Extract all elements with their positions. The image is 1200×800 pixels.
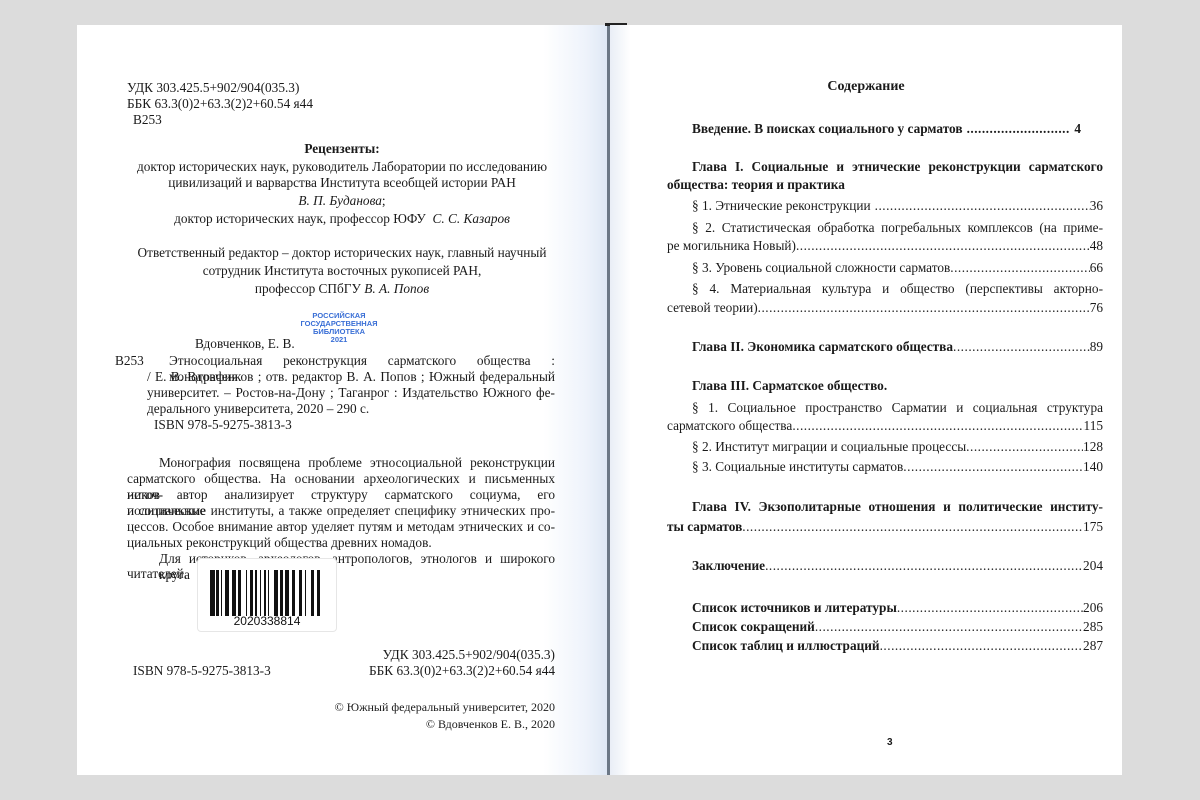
leader-dots [758,300,1090,316]
audience-line2: читателей. [127,566,187,582]
leader-dots [875,198,1090,214]
leader-dots [765,558,1083,574]
toc-page: 36 [1090,198,1103,214]
leader-dots [953,339,1090,355]
barcode-bar [274,570,279,616]
toc-ch3-s3[interactable]: § 3. Социальные институты сарматов140 [692,459,1103,475]
author-mark: В253 [133,112,162,128]
reviewer1-name: В. П. Буданова [298,193,382,208]
copyright-author: © Вдовченков Е. В., 2020 [317,716,555,732]
barcode-bar [225,570,228,616]
toc-page: 175 [1083,519,1103,535]
author-heading: Вдовченков, Е. В. [195,336,295,352]
barcode-bar [232,570,237,616]
page-number: 3 [887,737,893,748]
toc-conclusion[interactable]: Заключение204 [692,558,1103,574]
abstract-line6: циальных реконструкций общества древних … [127,535,432,551]
barcode-bar [246,570,248,616]
copyright-university: © Южный федеральный университет, 2020 [317,699,555,715]
toc-label: § 3. Уровень социальной сложности сармат… [692,260,950,276]
toc-ch3-s1-line1[interactable]: § 1. Социальное пространство Сарматии и … [692,400,1103,416]
toc-page: 287 [1083,638,1103,654]
leader-dots [950,260,1089,276]
toc-page: 89 [1090,339,1103,355]
editor-line1: Ответственный редактор – доктор историче… [77,245,607,261]
barcode-number: 2020338814 [198,614,336,628]
toc-ch1-s1[interactable]: § 1. Этнические реконструкции36 [692,198,1103,214]
toc-page: 115 [1084,418,1103,434]
book-spread: УДК 303.425.5+902/904(035.3) ББК 63.3(0)… [77,25,1122,775]
toc-page: 285 [1083,619,1103,635]
barcode-bar [255,570,257,616]
isbn-bottom: ISBN 978-5-9275-3813-3 [133,663,271,679]
library-stamp: РОССИЙСКАЯ ГОСУДАРСТВЕННАЯ БИБЛИОТЕКА 20… [299,312,379,344]
barcode-bar [250,570,253,616]
toc-intro[interactable]: Введение. В поисках социального у сармат… [692,121,1081,137]
reviewer1-separator: ; [382,193,386,208]
barcode-bar [299,570,302,616]
barcode-bar [268,570,270,616]
toc-label: сетевой теории) [667,300,758,316]
toc-label: § 1. Этнические реконструкции [692,198,871,214]
barcode-bar [216,570,219,616]
leader-dots [742,519,1083,535]
toc-ch1-title-line1[interactable]: Глава I. Социальные и этнические реконст… [692,159,1103,175]
leader-dots [815,619,1083,635]
barcode-bar [221,570,223,616]
editor-line3: профессор СПбГУ В. А. Попов [77,281,607,297]
toc-ch3-s1[interactable]: сарматского общества115 [667,418,1103,434]
editor-title: профессор СПбГУ [255,281,361,296]
reviewer2-text: доктор исторических наук, профессор ЮФУ [174,211,426,226]
reviewer1-line2: цивилизаций и варварства Института всеоб… [77,175,607,191]
leader-dots [967,121,1071,137]
biblio-line2: / Е. В. Вдовченков ; отв. редактор В. А.… [147,369,555,385]
udk-bottom: УДК 303.425.5+902/904(035.3) [357,647,555,663]
toc-label: § 2. Институт миграции и социальные проц… [692,439,966,455]
toc-ch4[interactable]: ты сарматов175 [667,519,1103,535]
toc-label: Введение. В поисках социального у сармат… [692,121,963,137]
toc-ch1-s4[interactable]: сетевой теории)76 [667,300,1103,316]
editor-name: В. А. Попов [364,281,429,296]
reviewer1-name-line: В. П. Буданова; [77,193,607,209]
toc-abbreviations[interactable]: Список сокращений285 [692,619,1103,635]
toc-page: 66 [1090,260,1103,276]
reviewer2-line: доктор исторических наук, профессор ЮФУ … [77,211,607,227]
toc-ch1-s4-line1[interactable]: § 4. Материальная культура и общество (п… [692,281,1103,297]
leader-dots [897,600,1083,616]
barcode-bar [264,570,266,616]
toc-tables[interactable]: Список таблиц и иллюстраций287 [692,638,1103,654]
leader-dots [796,238,1090,254]
toc-ch1-title-line2[interactable]: общества: теория и практика [667,177,845,193]
abstract-line1: Монография посвящена проблеме этносоциал… [159,455,555,471]
reviewer2-name: С. С. Казаров [433,211,510,226]
toc-page: 4 [1074,121,1081,137]
reviewer1-line1: доктор исторических наук, руководитель Л… [77,159,607,175]
toc-page: 76 [1090,300,1103,316]
leader-dots [880,638,1083,654]
abstract-line4: и социальные институты, а также определя… [127,503,555,519]
editor-line2: сотрудник Института восточных рукописей … [77,263,607,279]
barcode-bar [292,570,295,616]
barcode-bar [285,570,290,616]
toc-ch2[interactable]: Глава II. Экономика сарматского общества… [692,339,1103,355]
toc-sources[interactable]: Список источников и литературы206 [692,600,1103,616]
toc-label: ты сарматов [667,519,742,535]
bbk-bottom: ББК 63.3(0)2+63.3(2)2+60.54 я44 [327,663,555,679]
barcode-bar [238,570,241,616]
biblio-line4: дерального университета, 2020 – 290 с. [147,401,369,417]
toc-ch1-s2-line1[interactable]: § 2. Статистическая обработка погребальн… [692,220,1103,236]
toc-label: ре могильника Новый) [667,238,796,254]
reviewers-heading: Рецензенты: [77,141,607,157]
barcode-bar [210,570,215,616]
toc-ch3-s2[interactable]: § 2. Институт миграции и социальные проц… [692,439,1103,455]
barcode-bar [260,570,262,616]
barcode-bar [305,570,307,616]
toc-label: Список таблиц и иллюстраций [692,638,880,654]
barcode-bar [280,570,283,616]
biblio-isbn: ISBN 978-5-9275-3813-3 [154,417,292,433]
toc-ch1-s2[interactable]: ре могильника Новый)48 [667,238,1103,254]
toc-page: 48 [1090,238,1103,254]
toc-page: 140 [1083,459,1103,475]
barcode [210,570,322,616]
toc-page: 204 [1083,558,1103,574]
toc-page: 128 [1083,439,1103,455]
bbk-code: ББК 63.3(0)2+63.3(2)2+60.54 я44 [127,96,313,112]
toc-label: Глава II. Экономика сарматского общества [692,339,953,355]
toc-label: сарматского общества [667,418,792,434]
leader-dots [903,459,1083,475]
barcode-sticker: 2020338814 [197,558,337,632]
toc-ch3-title[interactable]: Глава III. Сарматское общество. [692,378,887,394]
barcode-bar [317,570,320,616]
leader-dots [792,418,1083,434]
abstract-line5: цессов. Особое внимание автор уделяет пу… [127,519,555,535]
biblio-line3: университет. – Ростов-на-Дону ; Таганрог… [147,385,555,401]
biblio-code: В253 [115,353,144,369]
right-page: Содержание Введение. В поисках социально… [610,25,1122,775]
toc-ch4-line1[interactable]: Глава IV. Экзополитарные отношения и пол… [692,499,1103,515]
toc-label: § 3. Социальные институты сарматов [692,459,903,475]
toc-title: Содержание [610,79,1122,95]
toc-label: Список источников и литературы [692,600,897,616]
toc-label: Заключение [692,558,765,574]
udk-code: УДК 303.425.5+902/904(035.3) [127,80,299,96]
barcode-bar [311,570,314,616]
toc-page: 206 [1083,600,1103,616]
leader-dots [966,439,1083,455]
toc-label: Список сокращений [692,619,815,635]
left-page: УДК 303.425.5+902/904(035.3) ББК 63.3(0)… [77,25,607,775]
stamp-line: 2021 [299,336,379,344]
toc-ch1-s3[interactable]: § 3. Уровень социальной сложности сармат… [692,260,1103,276]
